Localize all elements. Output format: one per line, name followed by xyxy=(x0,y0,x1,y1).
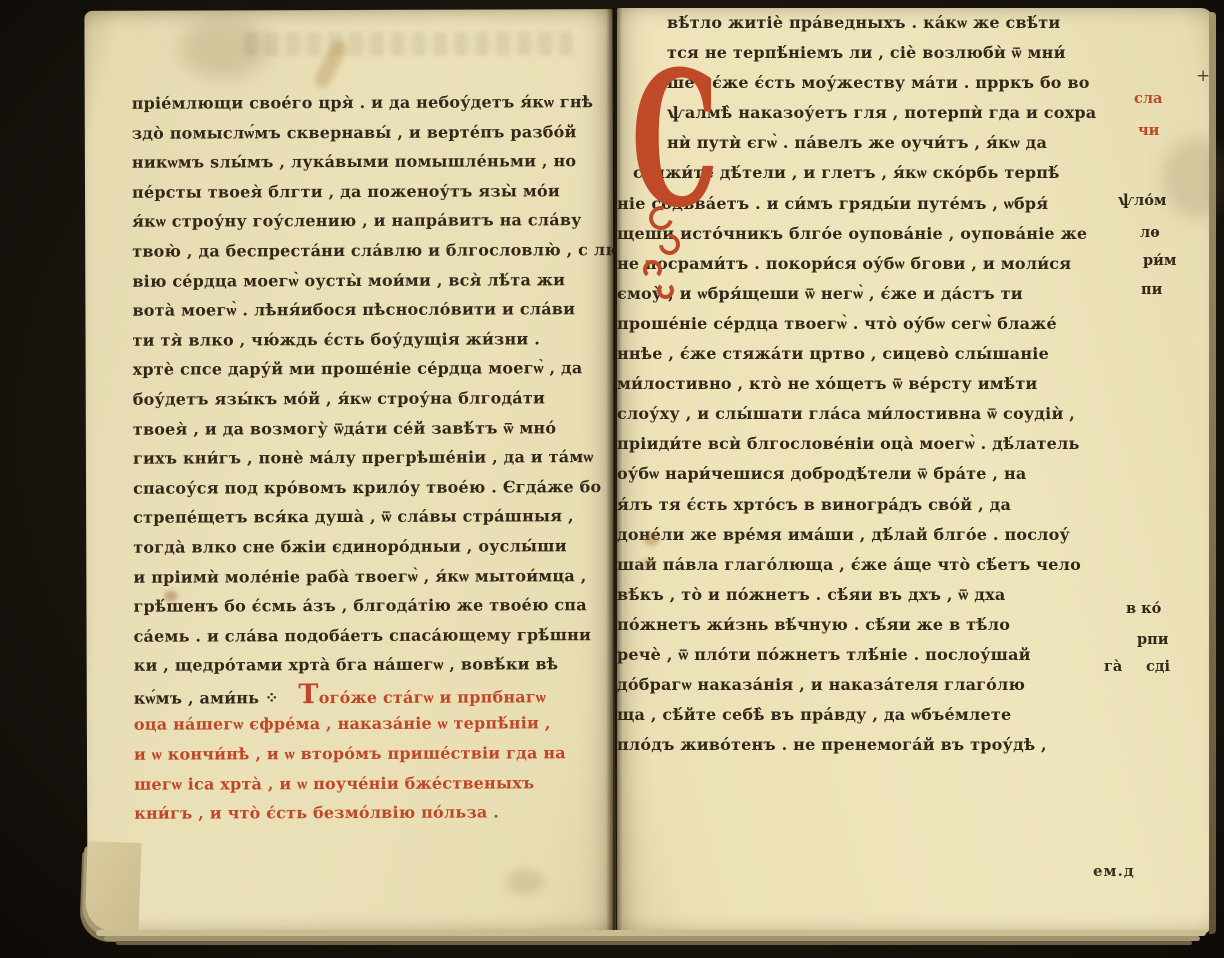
initial-flourish xyxy=(657,282,674,299)
margin-note: в ко́ xyxy=(1126,600,1161,617)
rubric-line: шегѡ іса хрта̀ , и ѡ поуче́ніи бже́ствен… xyxy=(134,768,612,799)
text-line: пло́дъ живо́тенъ . не пренемога́й въ тро… xyxy=(617,730,1213,760)
text-line: я́лъ тя є́сть хрто́съ в виногра́дъ сво́й… xyxy=(617,490,1213,520)
text-line: здо̀ помыслѡ́мъ сквернавы́ , и верте́пъ … xyxy=(132,117,610,148)
right-page: С вѣ́тло житіѐ пра́ведныхъ . ка́кѡ же св… xyxy=(617,8,1213,936)
margin-note-red: сла xyxy=(1134,90,1162,107)
underpage-corner xyxy=(84,841,141,933)
margin-note: сді xyxy=(1146,658,1170,675)
text-line: твою̀ , да беспреста́ни сла́влю и блгосл… xyxy=(132,235,610,266)
showthrough-smudge xyxy=(244,31,574,56)
text-line: оу́бѡ нари́чешися добродѣ́тели ѿ бра́те … xyxy=(617,459,1213,489)
text-line-mixed: кѡ́мъ , ами́нь ⁘ Того́же ста́гѡ и прпбна… xyxy=(134,679,612,710)
book-photo: пріе́млющи свое́го цря̀ . и да небоу́дет… xyxy=(0,0,1224,958)
margin-note: га̀ xyxy=(1104,658,1122,675)
page-edge xyxy=(116,941,1192,945)
rubric-line: и ѡ кончи́нѣ , и ѡ второ́мъ прише́ствіи … xyxy=(134,738,612,769)
text-line: доне́ли же вре́мя има́ши , дѣ́лай блго́е… xyxy=(617,520,1213,550)
text-line: вота̀ моегѡ̀ . лѣня́ибося пѣсносло́вити … xyxy=(132,294,610,325)
text-line: стрепе́щетъ вся́ка душа̀ , ѿ сла́вы стра… xyxy=(133,501,611,532)
text-line: никѡмъ ѕлы́мъ , лука́выми помышле́ньми ,… xyxy=(132,146,610,177)
text-line: са́емь . и сла́ва подоба́етъ спаса́ющему… xyxy=(134,620,612,651)
margin-note: лѳ xyxy=(1140,224,1160,241)
left-page-text: пріе́млющи свое́го цря̀ . и да небоу́дет… xyxy=(132,87,613,829)
ornate-initial: С xyxy=(631,48,709,318)
rubric-line: кни́гъ , и что̀ є́сть безмо́лвію по́льза… xyxy=(134,797,612,828)
text-line: гихъ кни́гъ , понѐ ма́лу прегрѣше́ніи , … xyxy=(133,442,611,473)
text-line: я́кѡ строу́ну гоу́слению , и напра́витъ … xyxy=(132,205,610,236)
text-line: твоея̀ , и да возмогу̀ ѿда́ти се́й завѣ́… xyxy=(133,413,611,444)
page-fore-edge xyxy=(1209,12,1216,934)
margin-note: пи xyxy=(1141,281,1162,298)
text-segment-black: кѡ́мъ , ами́нь ⁘ xyxy=(134,688,279,708)
stain xyxy=(179,18,269,78)
text-line: ми́лостивно , кто̀ не хо́щетъ ѿ ве́рсту … xyxy=(617,369,1213,399)
text-line: тогда̀ влко сне бжіи єдиноро́дныи , оусл… xyxy=(133,531,611,562)
text-line: грѣ́шенъ бо є́смь а́зъ , блгода́тію же т… xyxy=(133,590,611,621)
text-line: ща , сѣ́йте себѣ̀ въ пра́вду , да ѡбъе́м… xyxy=(617,700,1213,730)
quire-signature: ем.д xyxy=(1093,862,1135,880)
margin-note: ѱло́м xyxy=(1118,192,1167,209)
initial-flourish xyxy=(643,260,662,279)
margin-note: ри́м xyxy=(1143,252,1177,269)
pen-cross-mark: + xyxy=(1196,66,1210,86)
text-line: пріиди́те всѝ блгослове́ніи оца̀ моегѡ̀ … xyxy=(617,429,1213,459)
stain xyxy=(505,869,545,895)
text-line: пе́рсты твоея̀ блгти , да поженоу́тъ язы… xyxy=(132,176,610,207)
margin-note-red: чи xyxy=(1138,122,1159,139)
text-line: пріе́млющи свое́го цря̀ . и да небоу́дет… xyxy=(132,87,610,118)
stain xyxy=(642,558,653,568)
text-line: ннѣе , є́же стяжа́ти цртво , сицево̀ слы… xyxy=(617,339,1213,369)
text-line: хртѐ спсе дару́й ми проше́ніе се́рдца мо… xyxy=(133,353,611,384)
text-line: слоу́ху , и слы́шати гла́са ми́лостивна … xyxy=(617,399,1213,429)
text-line: ки , щедро́тами хрта̀ бга на́шегѡ , вовѣ… xyxy=(134,649,612,680)
text-line: шай па́вла глаго́люща , є́же а́ще что̀ с… xyxy=(617,550,1213,580)
text-line: и пріимѝ моле́ніе раба̀ твоегѡ̀ , я́кѡ м… xyxy=(133,561,611,592)
binding-gutter xyxy=(606,6,622,936)
text-line: вію се́рдца моегѡ̀ оусты̀ мои́ми , вся̀ … xyxy=(132,265,610,296)
text-line: боу́детъ язы́къ мо́й , я́кѡ строу́на блг… xyxy=(133,383,611,414)
text-line: ти тя̀ влко , чю́ждь є́сть боу́дущія жи́… xyxy=(132,324,610,355)
text-line: вѣ́къ , то̀ и по́жнетъ . сѣ́яи въ дхъ , … xyxy=(617,580,1213,610)
text-line: спасоу́ся под кро́вомъ крило́у твое́ю . … xyxy=(133,472,611,503)
initial-letter: С xyxy=(631,48,703,234)
rubric-heading-start: Того́же ста́гѡ и прпбнагѡ xyxy=(298,679,546,712)
rubric-line: оца на́шегѡ єфре́ма , наказа́ніе ѡ терпѣ… xyxy=(134,709,612,740)
text-line: речѐ , ѿ пло́ти по́жнетъ тлѣ́ніе . посло… xyxy=(617,640,1213,670)
margin-note: рпи xyxy=(1137,631,1169,648)
left-page: пріе́млющи свое́го цря̀ . и да небоу́дет… xyxy=(84,9,615,936)
stain xyxy=(644,533,659,546)
text-line: до́брагѡ наказа́нія , и наказа́теля глаг… xyxy=(617,670,1213,700)
text-line: по́жнетъ жи́знь вѣ́чную . сѣ́яи же в тѣ́… xyxy=(617,610,1213,640)
